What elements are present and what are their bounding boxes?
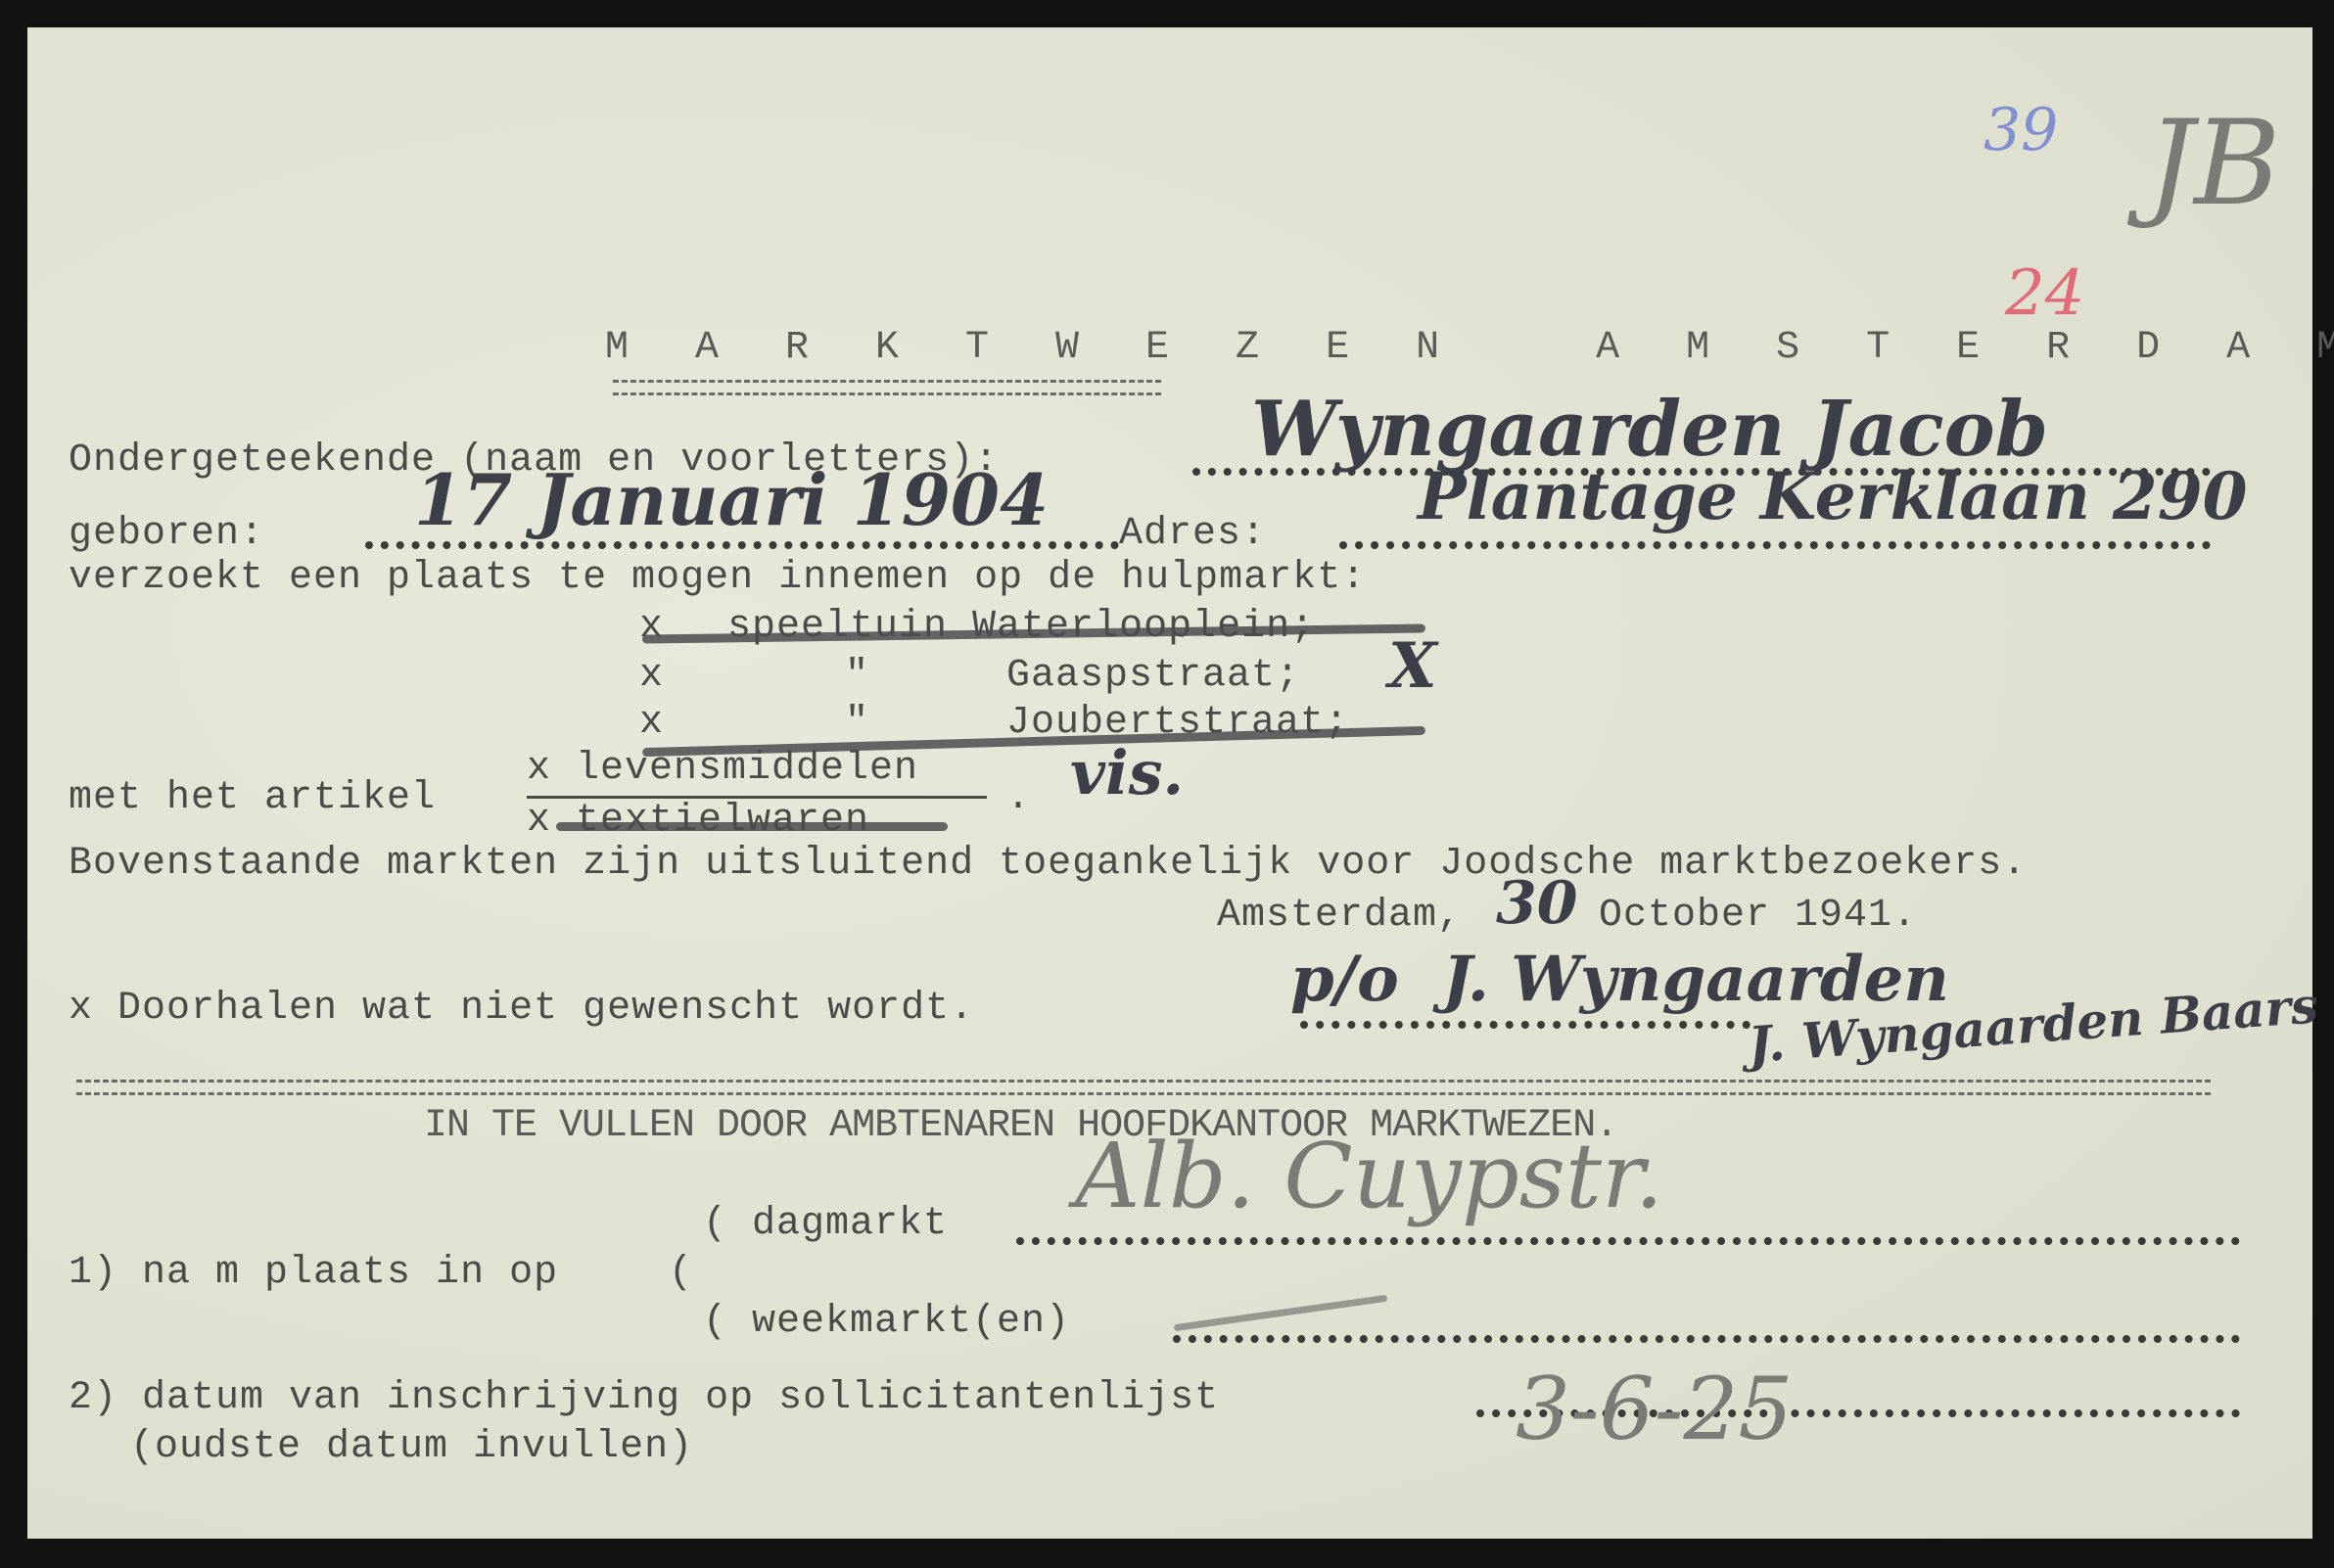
strike-textielwaren bbox=[556, 822, 948, 831]
signature-dotted-line bbox=[1300, 1021, 1750, 1029]
born-label: geboren: bbox=[69, 512, 264, 556]
annotation-blue-number: 39 bbox=[1984, 96, 2058, 164]
item2-sublabel: (oudste datum invullen) bbox=[130, 1425, 693, 1469]
dagmarkt-dotted-line bbox=[1016, 1237, 2240, 1245]
weekmarkt-dotted-line bbox=[1173, 1335, 2240, 1343]
article-label: met het artikel bbox=[69, 776, 436, 820]
notice-text: Bovenstaande markten zijn uitsluitend to… bbox=[69, 842, 2027, 886]
market-marker: x bbox=[639, 654, 664, 698]
annotation-red-number: 24 bbox=[2005, 257, 2084, 330]
article-option-levensmiddelen: x levensmiddelen bbox=[527, 747, 918, 791]
document-title: M A R K T W E Z E N A M S T E R D A M. bbox=[605, 326, 2334, 370]
gaaspstraat-check-mark: X bbox=[1388, 629, 1437, 703]
date-day-handwritten: 30 bbox=[1496, 869, 1578, 938]
title-double-rule bbox=[613, 380, 1161, 395]
annotation-pencil-initials: JB bbox=[2147, 96, 2280, 232]
item1-label: 1) na m plaats in op bbox=[69, 1251, 558, 1295]
weekmarkt-pencil-dash bbox=[1174, 1295, 1388, 1332]
address-dotted-line bbox=[1339, 541, 2211, 549]
address-label: Adres: bbox=[1119, 512, 1266, 556]
weekmarkt-label: ( weekmarkt(en) bbox=[703, 1300, 1070, 1344]
market-marker: x bbox=[639, 701, 664, 745]
article-period: . bbox=[1006, 776, 1031, 820]
born-dotted-line bbox=[365, 541, 1119, 549]
article-option-textielwaren: x textielwaren bbox=[527, 799, 869, 843]
market-ditto: " bbox=[845, 654, 869, 698]
signature-primary: p/o J. Wyngaarden bbox=[1290, 943, 1949, 1016]
request-text: verzoekt een plaats te mogen innemen op … bbox=[69, 556, 1366, 600]
document-paper: 39 24 JB M A R K T W E Z E N A M S T E R… bbox=[27, 27, 2312, 1539]
dagmarkt-handwritten-value: Alb. Cuypstr. bbox=[1075, 1124, 1663, 1228]
market-ditto: " bbox=[845, 701, 869, 745]
place-label: Amsterdam, bbox=[1217, 894, 1462, 938]
item2-label: 2) datum van inschrijving op sollicitant… bbox=[69, 1376, 1219, 1420]
article-handwritten-value: vis. bbox=[1070, 737, 1184, 808]
brace-middle: ( bbox=[669, 1251, 693, 1295]
item2-handwritten-value: 3-6-25 bbox=[1516, 1359, 1793, 1459]
address-handwritten-value: Plantage Kerklaan 290 bbox=[1418, 458, 2248, 534]
section-double-rule bbox=[76, 1080, 2211, 1095]
dagmarkt-label: ( dagmarkt bbox=[703, 1202, 948, 1246]
market-name-gaaspstraat: Gaaspstraat; bbox=[1006, 654, 1300, 698]
strike-instruction: x Doorhalen wat niet gewenscht wordt. bbox=[69, 987, 974, 1031]
date-rest: October 1941. bbox=[1599, 894, 1917, 938]
born-handwritten-value: 17 Januari 1904 bbox=[414, 458, 1049, 541]
